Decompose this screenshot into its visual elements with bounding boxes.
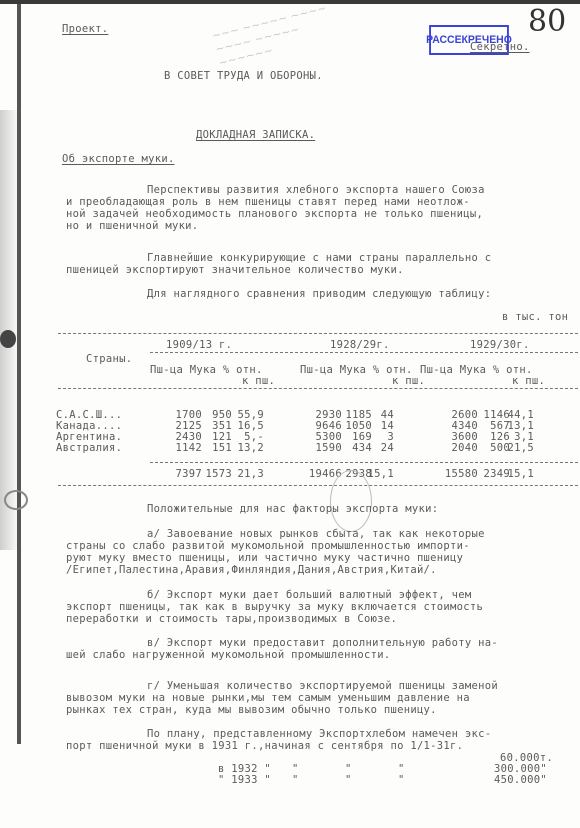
text-line: в/ Экспорт муки предоставит дополнительн… bbox=[147, 637, 498, 649]
addressee: В СОВЕТ ТРУДА И ОБОРОНЫ. bbox=[164, 70, 323, 82]
table-cell: 1590 bbox=[316, 442, 343, 454]
table-rule bbox=[58, 333, 578, 334]
binding-hole-icon bbox=[0, 330, 16, 348]
text-line: /Египет,Палестина,Аравия,Финляндия,Дания… bbox=[66, 564, 437, 576]
text-line: По плану, представленному Экспортхлебом … bbox=[147, 728, 491, 740]
binding-thread bbox=[17, 4, 21, 744]
text-line: рынках тех стран, куда мы вывозим обычно… bbox=[66, 704, 437, 716]
column-subheader-note: к пш. bbox=[392, 375, 425, 387]
intro-paragraph-3: Для наглядного сравнения приводим следую… bbox=[147, 288, 491, 300]
draft-label: Проект. bbox=[62, 23, 108, 35]
text-line: экспорт пшеницы, так как в выручку за му… bbox=[66, 601, 483, 613]
text-line: порт пшеничной муки в 1931 г.,начиная с … bbox=[66, 740, 463, 752]
text-line: но и пшеничной муки. bbox=[66, 220, 198, 232]
document-subject: Об экспорте муки. bbox=[62, 153, 175, 165]
table-cell: 24 bbox=[381, 442, 394, 454]
text-line: а/ Завоевание новых рынков сбыта, так ка… bbox=[147, 528, 485, 540]
text-line: Перспективы развития хлебного экспорта н… bbox=[147, 184, 485, 196]
table-rule bbox=[150, 462, 578, 463]
table-cell: 1142 bbox=[176, 442, 203, 454]
table-total-cell: 15,1 bbox=[368, 468, 395, 480]
table-rule bbox=[58, 388, 578, 389]
text-line: страны со слабо развитой мукомольной про… bbox=[66, 540, 470, 552]
text-line: шей слабо нагруженной мукомольной промыш… bbox=[66, 649, 390, 661]
column-subheader-note: к пш. bbox=[242, 375, 275, 387]
plan-ditto-1933: " " " bbox=[292, 774, 405, 786]
text-line: Главнейшие конкурирующие с нами страны п… bbox=[147, 252, 491, 264]
scan-top-edge bbox=[0, 0, 580, 4]
period-header-1928: 1928/29г. bbox=[330, 339, 390, 351]
text-line: и преобладающая роль в нем пшеницы ставя… bbox=[66, 196, 470, 208]
text-line: г/ Уменьшая количество экспортируемой пш… bbox=[147, 680, 498, 692]
table-cell: 2040 bbox=[452, 442, 479, 454]
text-line: пшеницей экспортируют значительное колич… bbox=[66, 264, 404, 276]
country-column-header: Страны. bbox=[86, 353, 132, 365]
table-cell: 434 bbox=[352, 442, 372, 454]
binding-loop-icon bbox=[4, 490, 28, 510]
table-total-cell: 21,3 bbox=[238, 468, 265, 480]
page-number: 80 bbox=[528, 4, 566, 39]
table-cell: 21,5 bbox=[508, 442, 535, 454]
table-total-cell: 15580 bbox=[445, 468, 478, 480]
period-header-1929: 1929/30г. bbox=[470, 339, 530, 351]
factors-heading: Положительные для нас факторы экспорта м… bbox=[147, 503, 438, 515]
table-total-cell: 2349 bbox=[484, 468, 511, 480]
text-line: ной задачей необходимость планового эксп… bbox=[66, 208, 483, 220]
period-header-1909: 1909/13 г. bbox=[166, 339, 232, 351]
table-cell: 151 bbox=[212, 442, 232, 454]
pencil-mark bbox=[330, 470, 372, 532]
table-row-country: Австралия. bbox=[56, 442, 122, 454]
table-rule bbox=[58, 485, 578, 486]
text-line: вывозом муки на новые рынки,мы тем самым… bbox=[66, 692, 470, 704]
document-title: ДОКЛАДНАЯ ЗАПИСКА. bbox=[196, 129, 315, 141]
plan-amount-1933: 450.000" bbox=[494, 774, 547, 786]
secrecy-label: Секретно. bbox=[470, 41, 530, 53]
table-cell: 13,2 bbox=[238, 442, 265, 454]
units-label: в тыс. тон bbox=[502, 311, 568, 323]
text-line: руют муку вместо пшеницы, или частично м… bbox=[66, 552, 463, 564]
plan-label-1933: " 1933 " bbox=[218, 774, 271, 786]
column-subheader-note: к пш. bbox=[512, 375, 545, 387]
text-line: переработки и стоимость тары,производимы… bbox=[66, 613, 397, 625]
table-total-cell: 1573 bbox=[206, 468, 233, 480]
table-rule bbox=[150, 352, 578, 353]
text-line: б/ Экспорт муки дает больший валютный эф… bbox=[147, 589, 471, 601]
table-total-cell: 15,1 bbox=[508, 468, 535, 480]
table-total-cell: 7397 bbox=[176, 468, 203, 480]
